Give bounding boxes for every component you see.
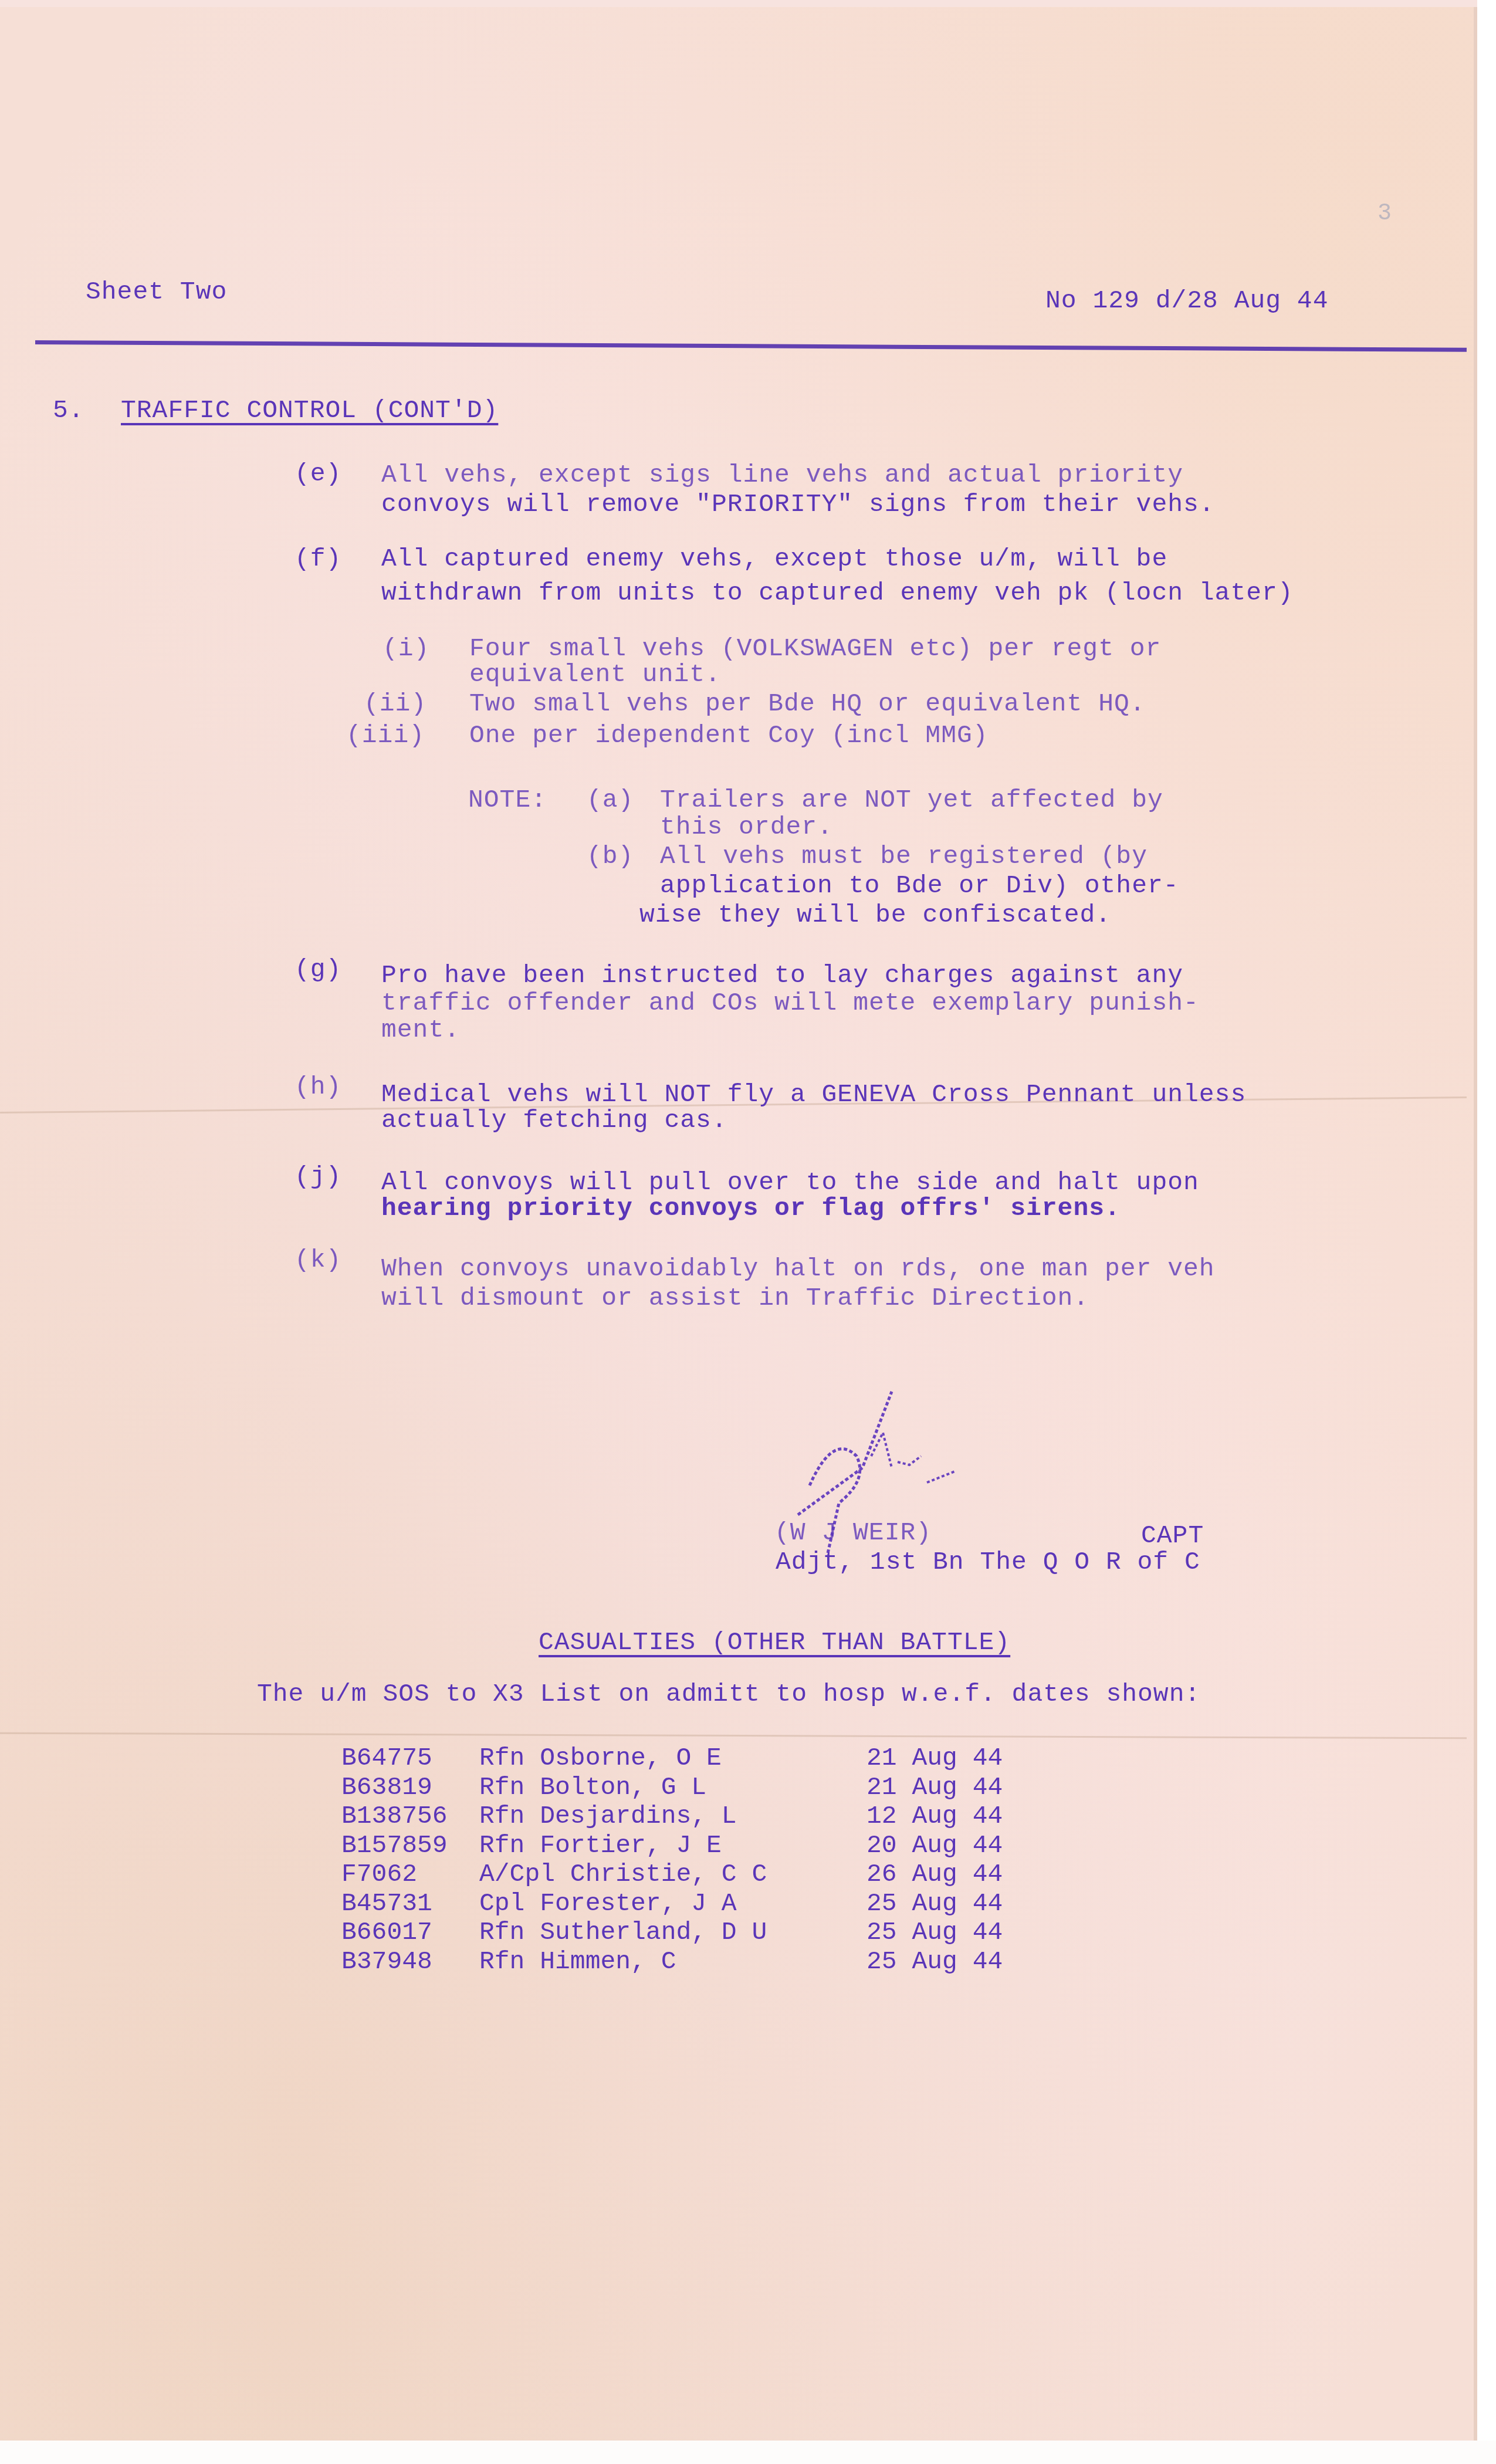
- casualties-title: CASUALTIES (OTHER THAN BATTLE): [539, 1627, 1010, 1658]
- service-number: B64775: [341, 1744, 432, 1772]
- document-page: 3 Sheet Two No 129 d/28 Aug 44 5. TRAFFI…: [0, 7, 1477, 2448]
- admission-date: 21 Aug 44: [867, 1744, 1003, 1772]
- note-label: NOTE:: [468, 785, 547, 815]
- admission-date: 25 Aug 44: [867, 1918, 1003, 1947]
- paragraph-line: ment.: [381, 1015, 460, 1045]
- admission-date: 25 Aug 44: [867, 1889, 1003, 1918]
- paragraph-label: (e): [295, 459, 341, 489]
- admission-date: 25 Aug 44: [867, 1947, 1003, 1976]
- paragraph-line: will dismount or assist in Traffic Direc…: [381, 1283, 1089, 1314]
- casualty-list: B64775Rfn Osborne, O E21 Aug 44B63819Rfn…: [341, 1744, 1104, 1990]
- subitem-label: (ii): [364, 689, 427, 719]
- paragraph-line: withdrawn from units to captured enemy v…: [381, 578, 1294, 608]
- casualty-name: Rfn Desjardins, L: [479, 1802, 737, 1830]
- casualty-row: B63819Rfn Bolton, G L21 Aug 44: [341, 1773, 1104, 1802]
- casualty-row: B45731Cpl Forester, J A25 Aug 44: [341, 1889, 1104, 1918]
- note-line: Trailers are NOT yet affected by: [660, 785, 1163, 815]
- signatory-appointment: Adjt, 1st Bn The Q O R of C: [776, 1547, 1200, 1578]
- paragraph-label: (g): [295, 955, 341, 985]
- service-number: B66017: [341, 1918, 432, 1947]
- casualty-row: B66017Rfn Sutherland, D U25 Aug 44: [341, 1918, 1104, 1947]
- scan-margin: [1477, 0, 1496, 2464]
- section-number: 5.: [53, 395, 84, 426]
- casualty-name: A/Cpl Christie, C C: [479, 1860, 767, 1888]
- paragraph-label: (f): [295, 544, 341, 574]
- admission-date: 21 Aug 44: [867, 1773, 1003, 1802]
- service-number: F7062: [341, 1860, 417, 1888]
- casualty-row: B37948Rfn Himmen, C25 Aug 44: [341, 1947, 1104, 1976]
- note-line: application to Bde or Div) other-: [660, 871, 1179, 901]
- subitem-label: (iii): [346, 720, 425, 751]
- subitem-label: (i): [383, 634, 429, 664]
- casualty-row: B64775Rfn Osborne, O E21 Aug 44: [341, 1744, 1104, 1772]
- paragraph-label: (j): [295, 1162, 341, 1192]
- note-line: wise they will be confiscated.: [639, 900, 1111, 930]
- service-number: B37948: [341, 1947, 432, 1976]
- casualty-row: F7062A/Cpl Christie, C C26 Aug 44: [341, 1860, 1104, 1888]
- scan-margin: [0, 2441, 1496, 2464]
- service-number: B45731: [341, 1889, 432, 1918]
- paragraph-line: actually fetching cas.: [381, 1105, 727, 1136]
- sheet-label: Sheet Two: [86, 277, 227, 307]
- casualty-name: Rfn Fortier, J E: [479, 1831, 722, 1860]
- admission-date: 26 Aug 44: [867, 1860, 1003, 1888]
- subitem-line: Two small vehs per Bde HQ or equivalent …: [469, 689, 1146, 719]
- paragraph-line: All vehs, except sigs line vehs and actu…: [381, 460, 1183, 490]
- casualty-name: Rfn Osborne, O E: [479, 1744, 722, 1772]
- service-number: B157859: [341, 1831, 448, 1860]
- casualty-name: Rfn Sutherland, D U: [479, 1918, 767, 1947]
- paragraph-line: All captured enemy vehs, except those u/…: [381, 544, 1167, 574]
- note-item-label: (b): [587, 841, 634, 872]
- page-mark: 3: [1377, 201, 1392, 227]
- note-line: this order.: [660, 812, 833, 842]
- casualty-name: Rfn Bolton, G L: [479, 1773, 706, 1802]
- note-line: All vehs must be registered (by: [660, 841, 1148, 872]
- service-number: B63819: [341, 1773, 432, 1802]
- paragraph-label: (h): [295, 1072, 341, 1102]
- signatory-name: (W J WEIR): [774, 1518, 932, 1548]
- paragraph-line: Pro have been instructed to lay charges …: [381, 960, 1183, 991]
- paragraph-line: convoys will remove "PRIORITY" signs fro…: [381, 489, 1215, 520]
- note-item-label: (a): [587, 785, 634, 815]
- subitem-line: equivalent unit.: [469, 659, 721, 690]
- casualty-name: Cpl Forester, J A: [479, 1889, 737, 1918]
- paragraph-line: hearing priority convoys or flag offrs' …: [381, 1193, 1121, 1224]
- casualties-intro: The u/m SOS to X3 List on admitt to hosp…: [257, 1679, 1200, 1710]
- casualty-name: Rfn Himmen, C: [479, 1947, 676, 1976]
- paragraph-line: When convoys unavoidably halt on rds, on…: [381, 1254, 1215, 1284]
- header-rule: [35, 340, 1467, 352]
- casualty-row: B138756Rfn Desjardins, L12 Aug 44: [341, 1802, 1104, 1830]
- paper-crease: [0, 1732, 1467, 1739]
- casualty-row: B157859Rfn Fortier, J E20 Aug 44: [341, 1831, 1104, 1860]
- service-number: B138756: [341, 1802, 448, 1830]
- admission-date: 12 Aug 44: [867, 1802, 1003, 1830]
- admission-date: 20 Aug 44: [867, 1831, 1003, 1860]
- document-reference: No 129 d/28 Aug 44: [1045, 286, 1328, 316]
- paragraph-line: traffic offender and COs will mete exemp…: [381, 988, 1199, 1018]
- section-title: TRAFFIC CONTROL (CONT'D): [121, 395, 498, 426]
- subitem-line: One per idependent Coy (incl MMG): [469, 720, 989, 751]
- paragraph-label: (k): [295, 1245, 341, 1275]
